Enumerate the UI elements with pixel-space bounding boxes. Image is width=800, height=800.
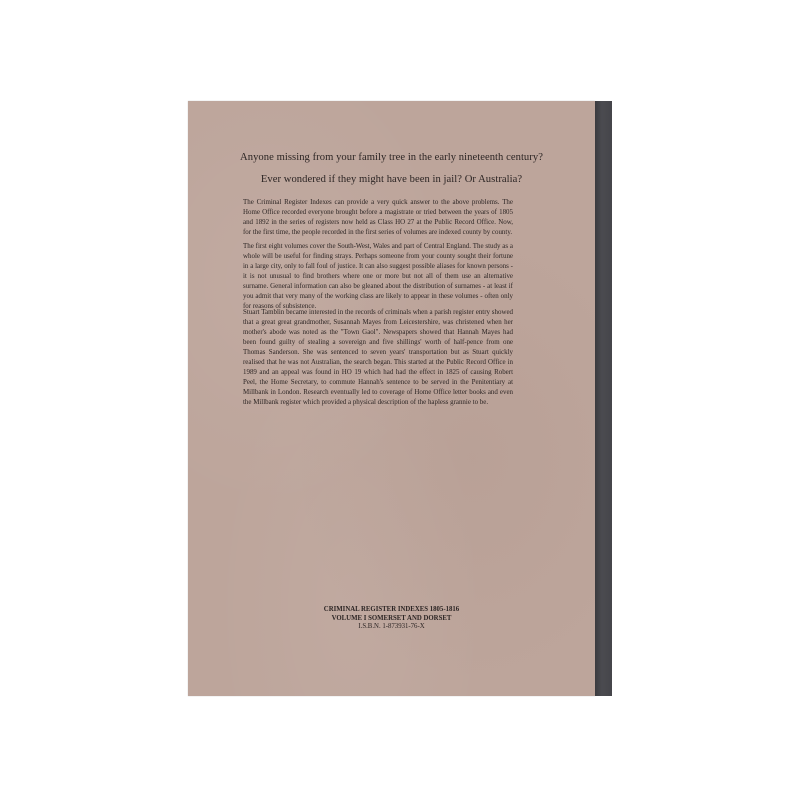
paragraph-volumes: The first eight volumes cover the South-… — [243, 241, 513, 311]
series-title: CRIMINAL REGISTER INDEXES 1805-1816 — [188, 606, 595, 615]
volume-title: VOLUME I SOMERSET AND DORSET — [188, 615, 595, 624]
paragraph-author-story: Stuart Tamblin became interested in the … — [243, 307, 513, 407]
isbn: I.S.B.N. 1-873931-76-X — [188, 623, 595, 632]
book-spine — [595, 101, 612, 696]
book-back-cover: Anyone missing from your family tree in … — [188, 101, 595, 696]
paragraph-introduction: The Criminal Register Indexes can provid… — [243, 197, 513, 237]
headline-jail-australia: Ever wondered if they might have been in… — [188, 174, 595, 185]
headline-family-tree: Anyone missing from your family tree in … — [188, 152, 595, 163]
book-footer: CRIMINAL REGISTER INDEXES 1805-1816 VOLU… — [188, 606, 595, 632]
